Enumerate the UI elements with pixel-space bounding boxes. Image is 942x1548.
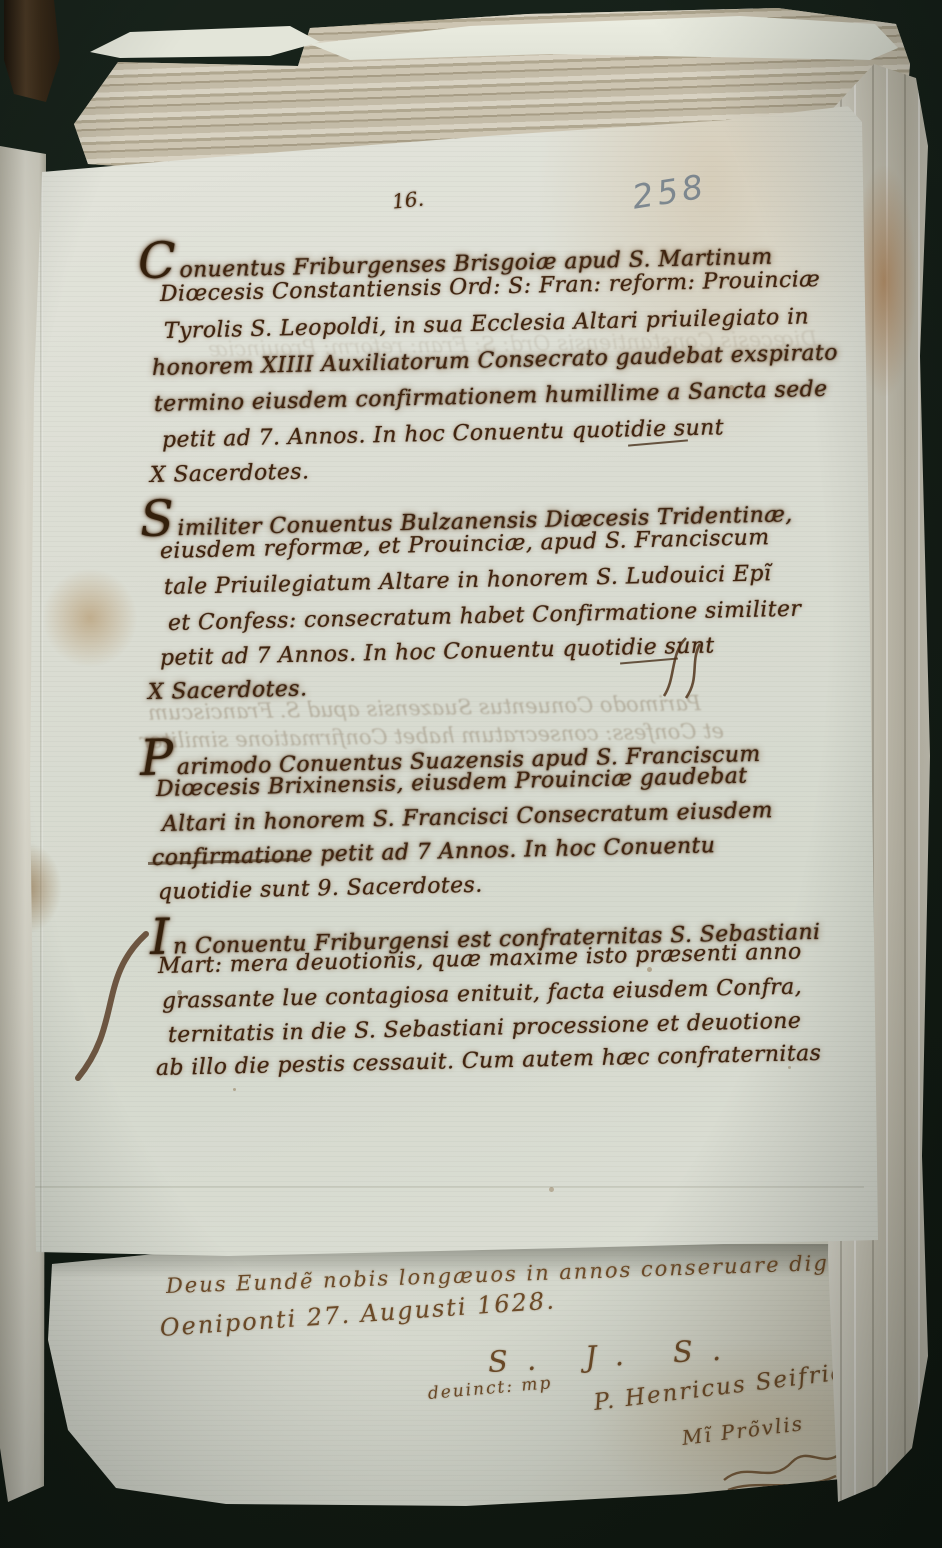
manuscript-photograph: debeat. Deus Eundẽ nobis longæuos in ann…: [0, 0, 942, 1548]
manuscript-line: et Confess: consecratum habet Confirmati…: [168, 599, 802, 635]
book-spine: [4, 0, 66, 108]
horizontal-crease: [34, 1186, 864, 1188]
loose-sheet-edge-small: [90, 24, 322, 60]
manuscript-line: X Sacerdotes.: [150, 461, 310, 487]
manuscript-page: 16. 258 Diœcesis Constantiensis Ord: S: …: [28, 86, 882, 1272]
pen-flourish-icon: [656, 634, 716, 704]
manuscript-line: confirmatione petit ad 7 Annos. In hoc C…: [152, 835, 716, 870]
lower-leaf: debeat. Deus Eundẽ nobis longæuos in ann…: [46, 1230, 918, 1526]
manuscript-line: petit ad 7. Annos. In hoc Conuentu quoti…: [162, 417, 724, 452]
manuscript-line: Altari in honorem S. Francisci Consecrat…: [162, 800, 773, 836]
manuscript-line: termino eiusdem confirmationem humillime…: [154, 379, 828, 416]
manuscript-line: ab illo die pestis cessauit. Cum autem h…: [156, 1043, 822, 1080]
leaf-number: 16.: [391, 186, 425, 213]
manuscript-line: ternitatis in die S. Sebastiani processi…: [168, 1011, 802, 1047]
initial-descender-swash-icon: [68, 928, 154, 1098]
manuscript-line: grassante lue contagiosa enituit, facta …: [162, 976, 803, 1013]
signature-flourish-icon: [718, 1442, 848, 1498]
archive-folio-number: 258: [629, 166, 709, 216]
manuscript-line: petit ad 7 Annos. In hoc Conuentu quotid…: [160, 635, 715, 670]
vertical-fold: [40, 176, 43, 1256]
manuscript-line: tale Priuilegiatum Altare in honorem S. …: [164, 563, 772, 599]
manuscript-line: quotidie sunt 9. Sacerdotes.: [158, 875, 483, 904]
margin-stain: [42, 568, 138, 668]
manuscript-line: X Sacerdotes.: [148, 678, 308, 704]
closing-devotion: deuinct: mp: [427, 1375, 553, 1403]
